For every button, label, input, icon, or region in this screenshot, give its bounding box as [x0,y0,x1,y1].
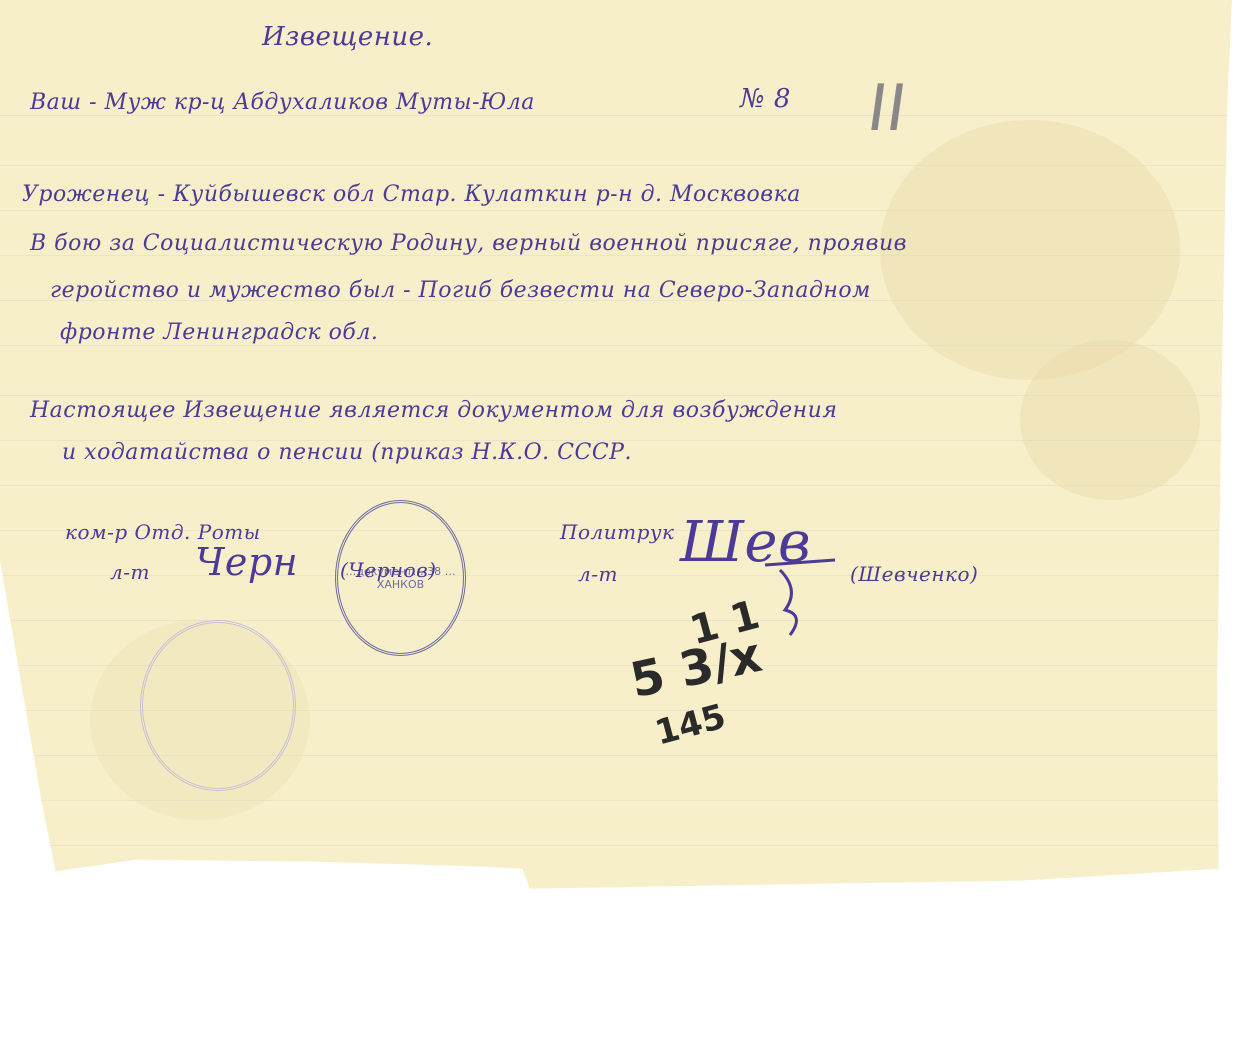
right-signatory-name: (Шевченко) [850,562,978,586]
left-signatory-rank: л-т [110,560,150,584]
body-line-5: и ходатайства о пенсии (приказ Н.К.О. СС… [62,440,632,465]
archive-mark-bottom: 145 [651,696,730,753]
addressee-line: Ваш - Муж кр-ц Абдухаликов Муты-Юла [30,90,535,115]
left-signature: Черн [195,540,298,584]
body-line-4: Настоящее Извещение является документом … [30,398,837,423]
margin-pencil-mark: II [863,72,911,146]
body-line-2: геройство и мужество был - Погиб безвест… [50,278,871,303]
document-number: № 8 [740,84,791,114]
document-title: Извещение. [262,22,433,52]
faint-stamp [140,620,296,791]
right-signatory-rank: л-т [578,562,618,586]
birthplace-line: Уроженец - Куйбышевск обл Стар. Кулаткин… [22,182,801,207]
stain [1020,340,1200,500]
right-signatory-title: Политрук [560,520,674,544]
signature-flourish [760,550,840,640]
body-line-1: В бою за Социалистическую Родину, верный… [30,231,907,256]
body-line-3: фронте Ленинградск обл. [60,320,378,345]
archive-mark-middle: 5 3/x [626,627,767,709]
notice-paper: Извещение. № 8 II Ваш - Муж кр-ц Абдухал… [0,0,1232,905]
stain [880,120,1180,380]
left-signatory-name: (Чернов) [340,558,437,582]
